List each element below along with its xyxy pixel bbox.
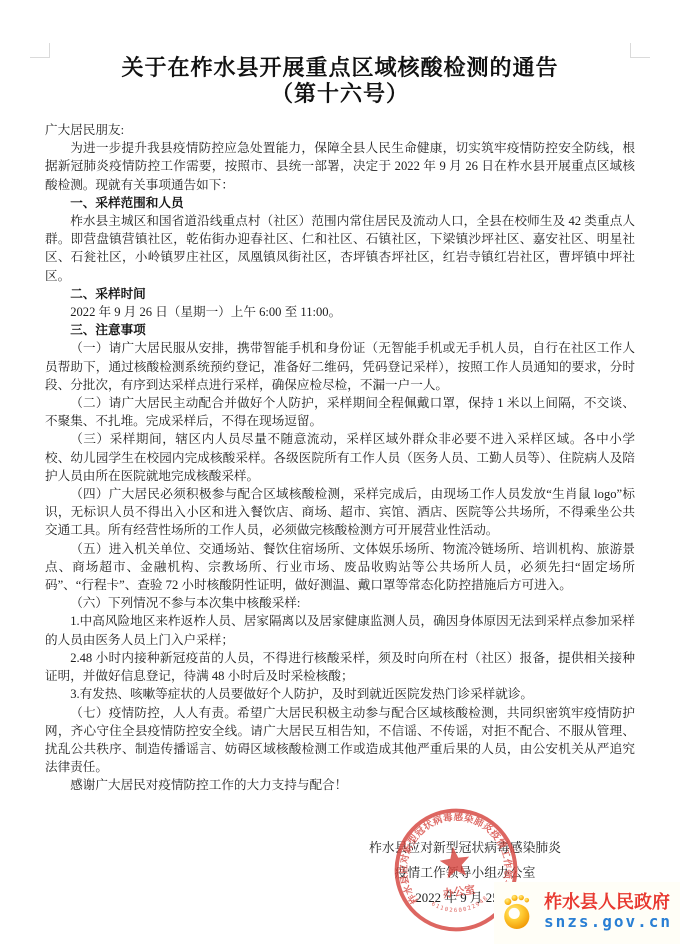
body-paragraph: 柞水县主城区和国省道沿线重点村（社区）范围内常住居民及流动人口，全县在校师生及 …	[45, 212, 635, 285]
gov-site-domain: snzs.gov.cn	[544, 913, 672, 931]
signature-org-line-1: 柞水县应对新型冠状病毒感染肺炎	[320, 836, 610, 861]
intro-paragraph: 为进一步提升我县疫情防控应急处置能力，保障全县人民生命健康，切实筑牢疫情防控安全…	[45, 139, 635, 194]
note-item-3: （三）采样期间，辖区内人员尽量不随意流动，采样区域外群众非必要不进入采样区域。各…	[45, 430, 635, 485]
salutation: 广大居民朋友:	[45, 121, 635, 139]
gov-site-name: 柞水县人民政府	[544, 892, 672, 913]
note-item-5: （五）进入机关单位、交通场站、餐饮住宿场所、文体娱乐场所、物流冷链场所、培训机构…	[45, 540, 635, 595]
closing-thanks: 感谢广大居民对疫情防控工作的大力支持与配合！	[45, 776, 635, 794]
notice-document-page: 关于在柞水县开展重点区域核酸检测的通告 （第十六号） 广大居民朋友: 为进一步提…	[0, 0, 680, 944]
note-item-6: （六）下列情况不参与本次集中核酸采样:	[45, 594, 635, 612]
title-line-1: 关于在柞水县开展重点区域核酸检测的通告	[0, 55, 680, 81]
section-heading-3: 三、注意事项	[45, 321, 635, 339]
note-item-2: （二）请广大居民主动配合并做好个人防护，采样期间全程佩戴口罩，保持 1 米以上间…	[45, 394, 635, 430]
body-paragraph: 2022 年 9 月 26 日（星期一）上午 6:00 至 11:00。	[45, 303, 635, 321]
section-heading-1: 一、采样范围和人员	[45, 194, 635, 212]
document-title: 关于在柞水县开展重点区域核酸检测的通告 （第十六号）	[0, 55, 680, 107]
note-item-6-sub-3: 3.有发热、咳嗽等症状的人员要做好个人防护，及时到就近医院发热门诊采样就诊。	[45, 685, 635, 703]
note-item-4: （四）广大居民必须积极参与配合区域核酸检测，采样完成后，由现场工作人员发放“生肖…	[45, 485, 635, 540]
title-line-2: （第十六号）	[0, 81, 680, 107]
note-item-1: （一）请广大居民服从安排，携带智能手机和身份证（无智能手机或无手机人员，自行在社…	[45, 339, 635, 394]
section-heading-2: 二、采样时间	[45, 285, 635, 303]
gov-site-watermark: 柞水县人民政府 snzs.gov.cn	[494, 882, 680, 944]
note-item-7: （七）疫情防控，人人有责。希望广大居民积极主动参与配合区域核酸检测，共同织密筑牢…	[45, 704, 635, 777]
note-item-6-sub-1: 1.中高风险地区来柞返柞人员、居家隔离以及居家健康监测人员，确因身体原因无法到采…	[45, 612, 635, 648]
document-body: 广大居民朋友: 为进一步提升我县疫情防控应急处置能力，保障全县人民生命健康，切实…	[45, 121, 635, 795]
note-item-6-sub-2: 2.48 小时内接种新冠疫苗的人员，不得进行核酸采样，须及时向所在村（社区）报备…	[45, 649, 635, 685]
footprint-logo-icon	[502, 887, 536, 937]
